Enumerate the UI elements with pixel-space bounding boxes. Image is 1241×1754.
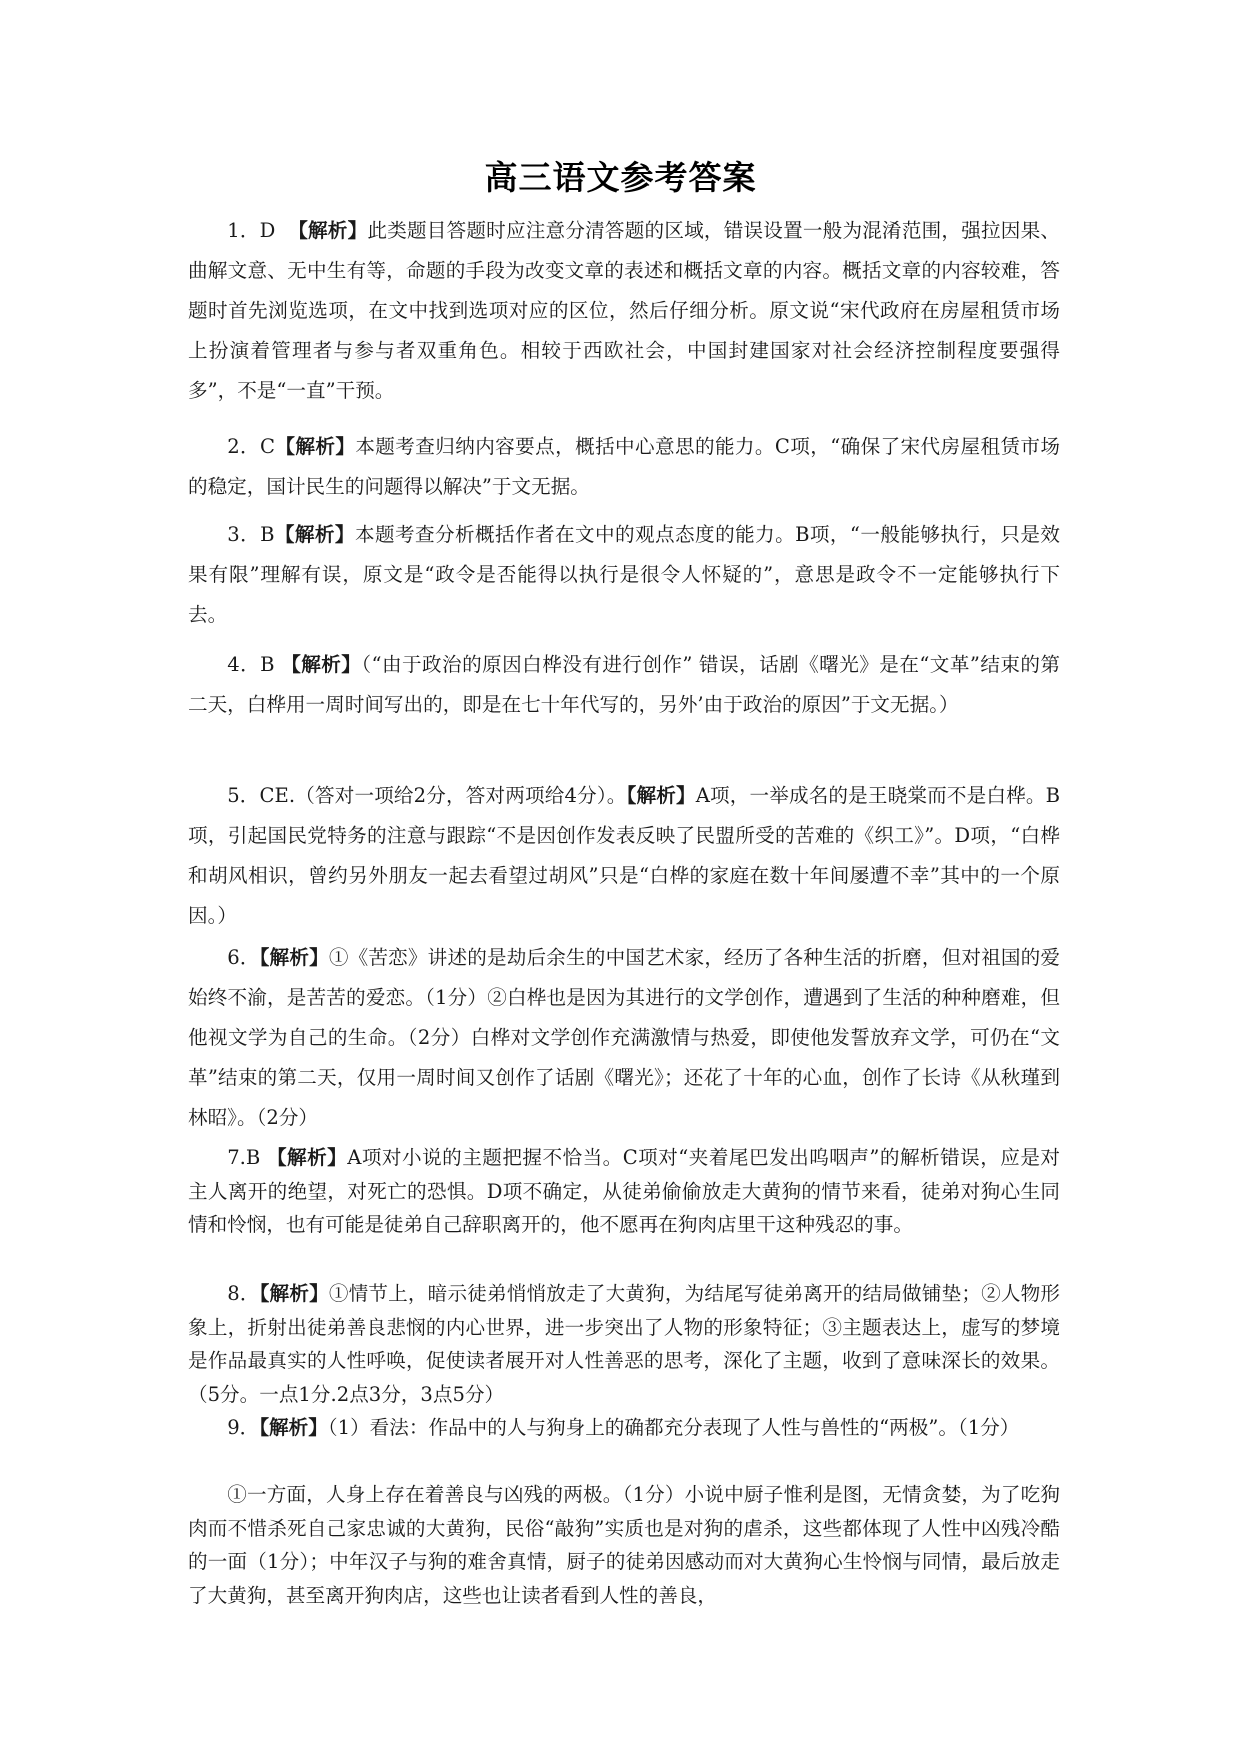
answer-9: 9．【解析】（1）看法：作品中的人与狗身上的确都充分表现了人性与兽性的“两极”。… (188, 1411, 1060, 1445)
analysis-tag: 【解析】 (259, 1416, 328, 1439)
answer-number: 2．C (227, 435, 275, 458)
analysis-tag: 【解析】 (260, 1282, 329, 1305)
analysis-tag: 【解析】 (267, 1146, 347, 1169)
answer-number: 3．B (227, 523, 274, 546)
analysis-tag: 【解析】 (260, 946, 329, 969)
analysis-tag: 【解析】 (275, 435, 355, 458)
analysis-tag: 【解析】 (281, 653, 361, 676)
answer-6: 6．【解析】①《苦恋》讲述的是劫后余生的中国艺术家，经历了各种生活的折磨，但对祖… (188, 938, 1060, 1138)
answer-number: 9． (227, 1416, 259, 1439)
answer-4: 4．B 【解析】（“由于政治的原因白桦没有进行创作” 错误，话剧《曙光》是在“文… (188, 645, 1060, 725)
answer-number: 7.B (227, 1146, 260, 1169)
answer-2: 2．C【解析】本题考查归纳内容要点，概括中心意思的能力。C项，“确保了宋代房屋租… (188, 427, 1060, 507)
answer-number: 8． (227, 1282, 259, 1305)
answer-5: 5．CE.（答对一项给2分，答对两项给4分）。【解析】A项，一举成名的是王晓棠而… (188, 776, 1060, 936)
page-title: 高三语文参考答案 (0, 152, 1241, 199)
answer-text: ①一方面，人身上存在着善良与凶残的两极。（1分）小说中厨子惟利是图，无情贪婪，为… (188, 1483, 1060, 1607)
answer-7: 7.B 【解析】A项对小说的主题把握不恰当。C项对“夹着尾巴发出呜咽声”的解析错… (188, 1141, 1060, 1242)
answer-number: 5．CE. (227, 784, 295, 807)
analysis-tag: 【解析】 (288, 219, 367, 242)
answer-3: 3．B【解析】本题考查分析概括作者在文中的观点态度的能力。B项，“一般能够执行，… (188, 515, 1060, 635)
answer-1: 1．D 【解析】此类题目答题时应注意分清答题的区域，错误设置一般为混淆范围，强拉… (188, 211, 1060, 411)
document-page: 高三语文参考答案 1．D 【解析】此类题目答题时应注意分清答题的区域，错误设置一… (0, 0, 1241, 1754)
scoring-note: （答对一项给2分，答对两项给4分）。 (295, 784, 626, 807)
answer-9-point-1: ①一方面，人身上存在着善良与凶残的两极。（1分）小说中厨子惟利是图，无情贪婪，为… (188, 1478, 1060, 1612)
answer-text: （1）看法：作品中的人与狗身上的确都充分表现了人性与兽性的“两极”。（1分） (328, 1416, 1020, 1439)
answer-text: 此类题目答题时应注意分清答题的区域，错误设置一般为混淆范围，强拉因果、曲解文意、… (188, 219, 1060, 402)
answer-8: 8．【解析】①情节上，暗示徒弟悄悄放走了大黄狗，为结尾写徒弟离开的结局做铺垫；②… (188, 1277, 1060, 1411)
analysis-tag: 【解析】 (627, 784, 696, 807)
answer-number: 1．D (227, 219, 275, 242)
answer-text: ①《苦恋》讲述的是劫后余生的中国艺术家，经历了各种生活的折磨，但对祖国的爱始终不… (188, 946, 1060, 1129)
answer-number: 4．B (227, 653, 274, 676)
answer-number: 6． (227, 946, 259, 969)
analysis-tag: 【解析】 (274, 523, 354, 546)
